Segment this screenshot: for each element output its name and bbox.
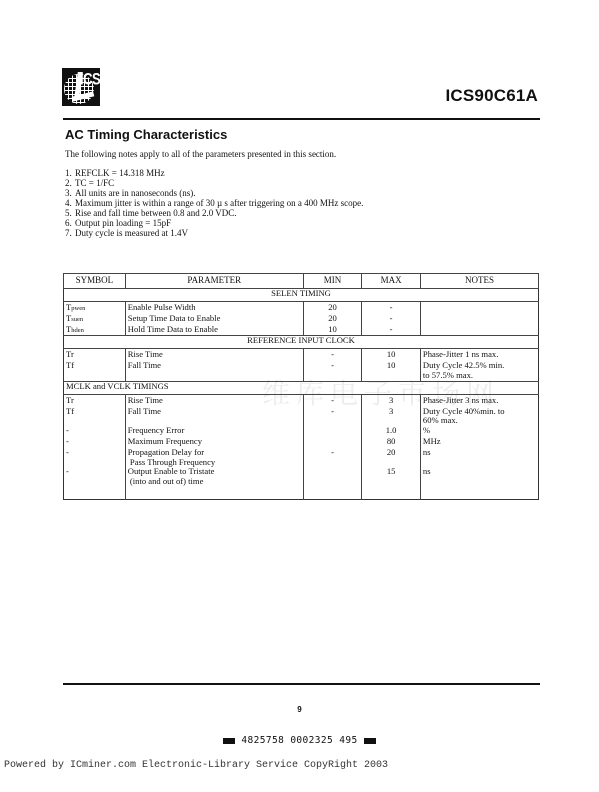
note-item: 7.Duty cycle is measured at 1.4V — [65, 228, 363, 238]
table-row: -Output Enable to Tristate (into and out… — [64, 467, 539, 487]
note-number: 5. — [65, 208, 75, 218]
logo-text: ICS — [80, 69, 100, 89]
table-row: TfFall Time-3Duty Cycle 40%min. to60% ma… — [64, 407, 539, 427]
symbol-main: Tr — [66, 395, 74, 405]
symbol-main: Tf — [66, 406, 74, 416]
notes-cell — [420, 314, 538, 325]
parameter-text: Hold Time Data to Enable — [128, 325, 301, 335]
max-cell: 3 — [362, 407, 421, 427]
max-cell: - — [362, 314, 421, 325]
symbol-subscript: hden — [71, 327, 84, 334]
table-section-row: SELEN TIMING — [64, 289, 539, 302]
barcode-text: 4825758 0002325 495 — [241, 735, 357, 746]
parameter-cell: Setup Time Data to Enable — [125, 314, 303, 325]
notes-cell — [420, 302, 538, 314]
ac-timing-table: SYMBOL PARAMETER MIN MAX NOTES SELEN TIM… — [63, 273, 539, 500]
empty-cell — [125, 487, 303, 500]
note-item: 3.All units are in nanoseconds (ns). — [65, 188, 363, 198]
section-title: AC Timing Characteristics — [65, 127, 227, 142]
symbol-main: - — [66, 447, 69, 457]
notes-cell: Phase-Jitter 3 ns max. — [420, 394, 538, 406]
note-text: Output pin loading = 15pF — [75, 218, 171, 228]
section-heading: REFERENCE INPUT CLOCK — [64, 336, 539, 349]
note-number: 6. — [65, 218, 75, 228]
barcode-block-icon — [364, 738, 376, 744]
parameter-cell: Enable Pulse Width — [125, 302, 303, 314]
notes-cell: Duty Cycle 40%min. to60% max. — [420, 407, 538, 427]
notes-text: % — [423, 426, 536, 436]
symbol-cell: Tpwen — [64, 302, 126, 314]
footer-divider — [63, 683, 540, 685]
parameter-cell: Rise Time — [125, 394, 303, 406]
notes-text-cont: 60% max. — [423, 416, 536, 426]
min-cell: - — [303, 407, 362, 427]
notes-cell: ns — [420, 448, 538, 468]
table-row: TfFall Time-10Duty Cycle 42.5% min.to 57… — [64, 361, 539, 381]
header-divider — [63, 118, 540, 120]
parameter-text: Rise Time — [128, 396, 301, 406]
note-text: All units are in nanoseconds (ns). — [75, 188, 195, 198]
symbol-cell: Thden — [64, 325, 126, 336]
parameter-cell: Propagation Delay for Pass Through Frequ… — [125, 448, 303, 468]
parameter-cell: Fall Time — [125, 361, 303, 381]
note-number: 7. — [65, 228, 75, 238]
symbol-main: Tr — [66, 349, 74, 359]
max-cell: 3 — [362, 394, 421, 406]
symbol-cell: Tsuen — [64, 314, 126, 325]
header-notes: NOTES — [420, 274, 538, 289]
notes-text: Phase-Jitter 3 ns max. — [423, 396, 536, 406]
symbol-cell: - — [64, 467, 126, 487]
symbol-cell: Tf — [64, 361, 126, 381]
empty-cell — [303, 487, 362, 500]
powered-by-footer: Powered by ICminer.com Electronic-Librar… — [4, 760, 388, 771]
note-text: Maximum jitter is within a range of 30 µ… — [75, 198, 363, 208]
note-text: Rise and fall time between 0.8 and 2.0 V… — [75, 208, 237, 218]
min-cell: - — [303, 394, 362, 406]
parameter-text-cont: (into and out of) time — [128, 477, 301, 487]
note-item: 4.Maximum jitter is within a range of 30… — [65, 198, 363, 208]
notes-list: 1.REFCLK = 14.318 MHz2.TC = 1/FC3.All un… — [65, 168, 363, 238]
min-cell: - — [303, 448, 362, 468]
notes-text: ns — [423, 467, 536, 477]
table-section-row: REFERENCE INPUT CLOCK — [64, 336, 539, 349]
ics-logo: ICS — [62, 68, 100, 106]
symbol-main: - — [66, 425, 69, 435]
notes-cell — [420, 325, 538, 336]
section-intro: The following notes apply to all of the … — [65, 149, 336, 159]
note-number: 3. — [65, 188, 75, 198]
parameter-text: Enable Pulse Width — [128, 303, 301, 313]
parameter-text: Frequency Error — [128, 426, 301, 436]
note-number: 2. — [65, 178, 75, 188]
notes-cell: ns — [420, 467, 538, 487]
max-cell: 20 — [362, 448, 421, 468]
table-header-row: SYMBOL PARAMETER MIN MAX NOTES — [64, 274, 539, 289]
parameter-text: Maximum Frequency — [128, 437, 301, 447]
notes-text: ns — [423, 448, 536, 458]
symbol-subscript: pwen — [71, 305, 85, 312]
min-cell: 20 — [303, 314, 362, 325]
parameter-cell: Output Enable to Tristate (into and out … — [125, 467, 303, 487]
note-item: 1.REFCLK = 14.318 MHz — [65, 168, 363, 178]
header-max: MAX — [362, 274, 421, 289]
max-cell: - — [362, 325, 421, 336]
notes-cell: MHz — [420, 437, 538, 448]
table-section-row: MCLK and VCLK TIMINGS — [64, 381, 539, 394]
parameter-text: Fall Time — [128, 407, 301, 417]
symbol-cell: - — [64, 426, 126, 437]
table-row: TsuenSetup Time Data to Enable20- — [64, 314, 539, 325]
min-cell: - — [303, 361, 362, 381]
note-item: 2.TC = 1/FC — [65, 178, 363, 188]
symbol-cell: - — [64, 437, 126, 448]
max-cell: 10 — [362, 361, 421, 381]
table-row: TrRise Time-3Phase-Jitter 3 ns max. — [64, 394, 539, 406]
notes-cell: Duty Cycle 42.5% min.to 57.5% max. — [420, 361, 538, 381]
note-number: 1. — [65, 168, 75, 178]
page-number: 9 — [0, 705, 599, 714]
symbol-main: - — [66, 436, 69, 446]
part-number: ICS90C61A — [445, 86, 538, 106]
table-row: ThdenHold Time Data to Enable10- — [64, 325, 539, 336]
table-row: TpwenEnable Pulse Width20- — [64, 302, 539, 314]
symbol-main: - — [66, 466, 69, 476]
parameter-text: Rise Time — [128, 350, 301, 360]
header-min: MIN — [303, 274, 362, 289]
parameter-text: Setup Time Data to Enable — [128, 314, 301, 324]
note-text: TC = 1/FC — [75, 178, 114, 188]
note-item: 5.Rise and fall time between 0.8 and 2.0… — [65, 208, 363, 218]
parameter-cell: Hold Time Data to Enable — [125, 325, 303, 336]
notes-text: Phase-Jitter 1 ns max. — [423, 350, 536, 360]
symbol-cell: Tf — [64, 407, 126, 427]
barcode-block-icon — [223, 738, 235, 744]
min-cell: 20 — [303, 302, 362, 314]
header-symbol: SYMBOL — [64, 274, 126, 289]
note-number: 4. — [65, 198, 75, 208]
table-row: -Propagation Delay for Pass Through Freq… — [64, 448, 539, 468]
table-padding-row — [64, 487, 539, 500]
note-item: 6.Output pin loading = 15pF — [65, 218, 363, 228]
symbol-subscript: suen — [71, 316, 83, 323]
parameter-text: Fall Time — [128, 361, 301, 371]
empty-cell — [420, 487, 538, 500]
section-heading: MCLK and VCLK TIMINGS — [64, 381, 539, 394]
notes-text: MHz — [423, 437, 536, 447]
min-cell — [303, 467, 362, 487]
empty-cell — [64, 487, 126, 500]
min-cell: 10 — [303, 325, 362, 336]
header-parameter: PARAMETER — [125, 274, 303, 289]
max-cell: - — [362, 302, 421, 314]
parameter-cell: Fall Time — [125, 407, 303, 427]
empty-cell — [362, 487, 421, 500]
max-cell: 15 — [362, 467, 421, 487]
symbol-cell: - — [64, 448, 126, 468]
min-cell — [303, 426, 362, 437]
notes-text-cont: to 57.5% max. — [423, 371, 536, 381]
note-text: REFCLK = 14.318 MHz — [75, 168, 165, 178]
symbol-main: Tf — [66, 360, 74, 370]
barcode: 4825758 0002325 495 — [0, 735, 599, 746]
section-heading: SELEN TIMING — [64, 289, 539, 302]
note-text: Duty cycle is measured at 1.4V — [75, 228, 188, 238]
